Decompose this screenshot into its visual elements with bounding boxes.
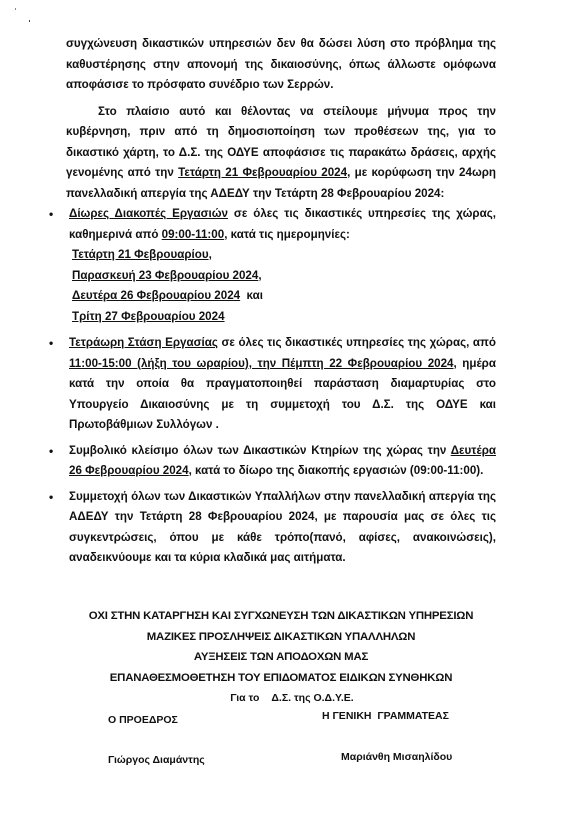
date-suffix: , xyxy=(258,269,261,282)
secretary-role: Η ΓΕΝΙΚΗ ΓΡΑΜΜΑΤΕΑΣ xyxy=(322,710,449,722)
decision-paragraph: Στο πλαίσιο αυτό και θέλοντας να στείλου… xyxy=(66,102,496,205)
action-text: Συμμετοχή όλων των Δικαστικών Υπαλλήλων … xyxy=(69,490,496,565)
scan-speck xyxy=(29,20,30,22)
start-date: Τετάρτη 21 Φεβρουαρίου 2024 xyxy=(178,166,347,179)
signature-board: Δ.Σ. της Ο.Δ.Υ.Ε. xyxy=(271,692,353,704)
bullet-icon: • xyxy=(49,441,53,462)
action-time: 09:00-11:00 xyxy=(162,228,225,241)
date-text: Τετάρτη 21 Φεβρουαρίου xyxy=(72,248,209,261)
action-item: • Τετράωρη Στάση Εργασίας σε όλες τις δι… xyxy=(66,333,496,436)
action-item: • Συμμετοχή όλων των Δικαστικών Υπαλλήλω… xyxy=(66,487,496,569)
slogan: ΕΠΑΝΑΘΕΣΜΟΘΕΤΗΣΗ ΤΟΥ ΕΠΙΔΟΜΑΤΟΣ ΕΙΔΙΚΩΝ … xyxy=(0,668,562,689)
president-name: Γιώργος Διαμάντης xyxy=(108,754,205,766)
dates-list: Τετάρτη 21 Φεβρουαρίου, Παρασκευή 23 Φεβ… xyxy=(69,245,496,327)
action-item: • Δίωρες Διακοπές Εργασιών σε όλες τις δ… xyxy=(66,204,496,327)
action-title: Τετράωρη Στάση Εργασίας xyxy=(69,336,218,349)
action-text: , κατά το δίωρο της διακοπής εργασιών (0… xyxy=(189,464,484,477)
date-text: Παρασκευή 23 Φεβρουαρίου 2024 xyxy=(72,269,258,282)
slogan: ΜΑΖΙΚΕΣ ΠΡΟΣΛΗΨΕΙΣ ΔΙΚΑΣΤΙΚΩΝ ΥΠΑΛΛΗΛΩΝ xyxy=(0,627,562,648)
date-item: Τρίτη 27 Φεβρουαρίου 2024 xyxy=(72,307,496,328)
action-text: σε όλες τις δικαστικές υπηρεσίες της χώρ… xyxy=(218,336,496,349)
date-item: Δευτέρα 26 Φεβρουαρίου 2024 και xyxy=(72,286,496,307)
action-text: Συμβολικό κλείσιμο όλων των Δικαστικών Κ… xyxy=(69,444,451,457)
date-item: Παρασκευή 23 Φεβρουαρίου 2024, xyxy=(72,266,496,287)
president-role: Ο ΠΡΟΕΔΡΟΣ xyxy=(108,714,178,726)
document-page: συγχώνευση δικαστικών υπηρεσιών δεν θα δ… xyxy=(66,34,496,574)
action-item: • Συμβολικό κλείσιμο όλων των Δικαστικών… xyxy=(66,441,496,482)
date-text: Δευτέρα 26 Φεβρουαρίου 2024 xyxy=(72,289,240,302)
slogan: ΟΧΙ ΣΤΗΝ ΚΑΤΑΡΓΗΣΗ ΚΑΙ ΣΥΓΧΩΝΕΥΣΗ ΤΩΝ ΔΙ… xyxy=(0,606,562,627)
bullet-icon: • xyxy=(49,204,53,225)
action-underlined: 11:00-15:00 (λήξη του ωραρίου), την Πέμπ… xyxy=(69,357,453,370)
slogan: ΑΥΞΗΣΕΙΣ ΤΩΝ ΑΠΟΔΟΧΩΝ ΜΑΣ xyxy=(0,647,562,668)
signature-header: Για τοΔ.Σ. της Ο.Δ.Υ.Ε. xyxy=(0,692,562,704)
date-text: Τρίτη 27 Φεβρουαρίου 2024 xyxy=(72,310,225,323)
bullet-icon: • xyxy=(49,333,53,354)
bullet-icon: • xyxy=(49,487,53,508)
date-suffix: , xyxy=(209,248,212,261)
action-text: , κατά τις ημερομηνίες: xyxy=(224,228,350,241)
scan-speck xyxy=(15,8,16,10)
date-suffix: και xyxy=(240,289,263,302)
actions-list: • Δίωρες Διακοπές Εργασιών σε όλες τις δ… xyxy=(66,204,496,569)
secretary-name: Μαριάνθη Μισαηλίδου xyxy=(341,751,452,763)
slogans-block: ΟΧΙ ΣΤΗΝ ΚΑΤΑΡΓΗΣΗ ΚΑΙ ΣΥΓΧΩΝΕΥΣΗ ΤΩΝ ΔΙ… xyxy=(0,606,562,689)
action-title: Δίωρες Διακοπές Εργασιών xyxy=(69,207,228,220)
signature-for-label: Για το xyxy=(230,692,259,704)
intro-paragraph: συγχώνευση δικαστικών υπηρεσιών δεν θα δ… xyxy=(66,34,496,96)
date-item: Τετάρτη 21 Φεβρουαρίου, xyxy=(72,245,496,266)
